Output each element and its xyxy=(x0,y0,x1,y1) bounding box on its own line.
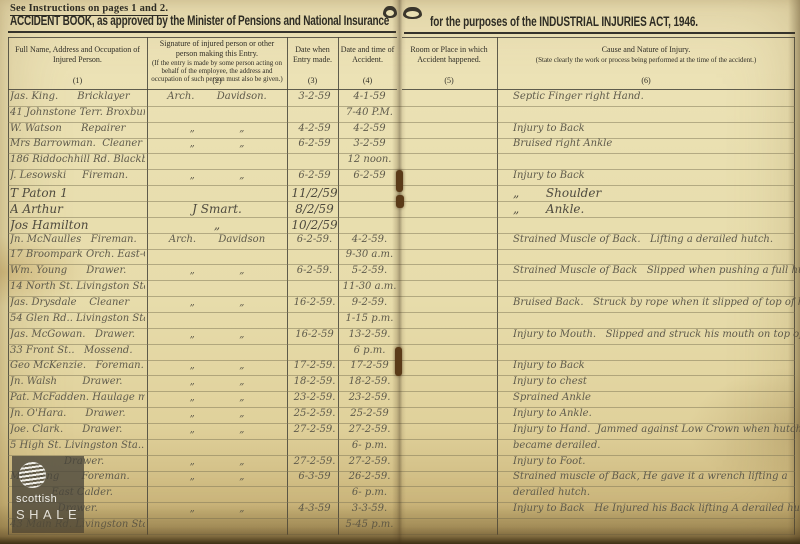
cell-sig: J Smart. xyxy=(147,202,287,216)
cell-date_accident: 25-2-59 xyxy=(340,408,399,422)
cell-sig xyxy=(147,313,287,327)
cell-date_accident: 6-2-59 xyxy=(340,170,399,184)
cell-place xyxy=(399,154,499,168)
cell-date_accident: 26-2-59. xyxy=(340,471,399,485)
cell-place xyxy=(399,91,499,105)
cell-cause: Strained Muscle of Back. Lifting a derai… xyxy=(505,234,800,248)
cell-cause: Injury to Back xyxy=(505,360,800,374)
cell-date_accident: 4-1-59 xyxy=(340,91,399,105)
cell-place xyxy=(399,424,499,438)
cell-date_entry xyxy=(289,281,340,295)
cell-cause xyxy=(505,249,800,263)
watermark-line2: SHALE xyxy=(16,507,81,522)
cell-cause xyxy=(505,519,800,533)
cell-sig: „ „ xyxy=(147,503,287,517)
cell-name: J. Lesowski Fireman. xyxy=(10,170,145,184)
cell-sig: „ „ xyxy=(147,471,287,485)
cell-date_entry: 17-2-59. xyxy=(289,360,340,374)
cell-date_entry xyxy=(289,249,340,263)
stitch-hole-upper xyxy=(396,170,403,192)
cell-name: T Paton 1 xyxy=(10,186,145,200)
cell-place xyxy=(399,440,499,454)
cell-date_entry: 18-2-59. xyxy=(289,376,340,390)
cell-date_entry: 27-2-59. xyxy=(289,456,340,470)
cell-place xyxy=(399,186,499,200)
cell-place xyxy=(399,202,499,216)
cell-date_entry: 6-2-59. xyxy=(289,265,340,279)
cell-date_accident xyxy=(340,218,399,232)
cell-date_entry: 4-3-59 xyxy=(289,503,340,517)
cell-place xyxy=(399,329,499,343)
cell-sig: „ „ xyxy=(147,392,287,406)
cell-name: Jos Hamilton xyxy=(10,218,145,232)
cell-sig: „ „ xyxy=(147,408,287,422)
cell-date_accident: 13-2-59. xyxy=(340,329,399,343)
cell-date_accident: 9-2-59. xyxy=(340,297,399,311)
cell-place xyxy=(399,218,499,232)
cell-sig: „ „ xyxy=(147,170,287,184)
scottish-shale-watermark: scottish SHALE xyxy=(12,456,84,533)
cell-sig: „ xyxy=(147,218,287,232)
cell-cause xyxy=(505,345,800,359)
cell-sig xyxy=(147,440,287,454)
cell-date_entry: 6-2-59 xyxy=(289,170,340,184)
binding-mark-top-right xyxy=(403,7,422,19)
cell-date_entry: 6-2-59 xyxy=(289,138,340,152)
cell-date_entry: 25-2-59. xyxy=(289,408,340,422)
cell-date_entry: 3-2-59 xyxy=(289,91,340,105)
cell-name: 54 Glen Rd.. Livingston Sta.. xyxy=(10,313,145,327)
cell-place xyxy=(399,170,499,184)
cell-place xyxy=(399,123,499,137)
cell-place xyxy=(399,471,499,485)
cell-date_accident: 6- p.m. xyxy=(340,440,399,454)
cell-place xyxy=(399,456,499,470)
cell-date_entry: 16-2-59 xyxy=(289,329,340,343)
cell-date_accident: 23-2-59. xyxy=(340,392,399,406)
cell-date_entry: 8/2/59 xyxy=(289,202,340,216)
cell-name: A Arthur xyxy=(10,202,145,216)
cell-date_accident: 27-2-59. xyxy=(340,424,399,438)
cell-sig: „ „ xyxy=(147,456,287,470)
cell-date_entry: 10/2/59 xyxy=(289,218,340,232)
cell-name: Mrs Barrowman. Cleaner xyxy=(10,138,145,152)
stitch-hole-lower xyxy=(395,347,402,376)
cell-date_entry: 11/2/59 xyxy=(289,186,340,200)
cell-cause: Injury to chest xyxy=(505,376,800,390)
cell-date_entry: 27-2-59. xyxy=(289,424,340,438)
cell-place xyxy=(399,487,499,501)
stitch-hole-mid xyxy=(396,195,404,208)
cell-place xyxy=(399,138,499,152)
cell-date_accident: 27-2-59. xyxy=(340,456,399,470)
cell-sig: „ „ xyxy=(147,376,287,390)
cell-cause: Injury to Hand. Jammed against Low Crown… xyxy=(505,424,800,438)
cell-place xyxy=(399,249,499,263)
cell-place xyxy=(399,297,499,311)
cell-sig xyxy=(147,186,287,200)
cell-date_accident: 9-30 a.m. xyxy=(340,249,399,263)
cell-date_entry: 6-3-59 xyxy=(289,471,340,485)
cell-place xyxy=(399,376,499,390)
cell-date_entry xyxy=(289,313,340,327)
cell-sig xyxy=(147,154,287,168)
cell-date_accident: 17-2-59 xyxy=(340,360,399,374)
cell-sig xyxy=(147,281,287,295)
cell-date_accident: 18-2-59. xyxy=(340,376,399,390)
cell-date_accident: 3-3-59. xyxy=(340,503,399,517)
cell-place xyxy=(399,519,499,533)
cell-cause: Injury to Ankle. xyxy=(505,408,800,422)
cell-name: Jn. Walsh Drawer. xyxy=(10,376,145,390)
cell-cause: Bruised Back. Struck by rope when it sli… xyxy=(505,297,800,311)
cell-date_entry xyxy=(289,107,340,121)
cell-date_accident: 12 noon. xyxy=(340,154,399,168)
cell-cause: Strained muscle of Back, He gave it a wr… xyxy=(505,471,800,485)
cell-place xyxy=(399,503,499,517)
cell-name: 5 High St. Livingston Sta.. xyxy=(10,440,145,454)
cell-date_entry xyxy=(289,154,340,168)
cell-date_accident: 5-45 p.m. xyxy=(340,519,399,533)
cell-cause xyxy=(505,107,800,121)
cell-date_accident xyxy=(340,202,399,216)
cell-date_accident xyxy=(340,186,399,200)
cell-name: Geo McKenzie. Foreman. xyxy=(10,360,145,374)
cell-cause: Injury to Back xyxy=(505,123,800,137)
cell-date_accident: 3-2-59 xyxy=(340,138,399,152)
cell-place xyxy=(399,107,499,121)
cell-place xyxy=(399,345,499,359)
cell-sig: „ „ xyxy=(147,297,287,311)
watermark-line1: scottish xyxy=(16,493,57,505)
cell-place xyxy=(399,234,499,248)
cell-cause: Septic Finger right Hand. xyxy=(505,91,800,105)
cell-name: W. Watson Repairer xyxy=(10,123,145,137)
cell-name: 17 Broompark Orch. East-Calder. xyxy=(10,249,145,263)
cell-sig: „ „ xyxy=(147,360,287,374)
cell-sig: Arch. Davidson. xyxy=(147,91,287,105)
cell-cause: became derailed. xyxy=(505,440,800,454)
cell-sig: Arch. Davidson xyxy=(147,234,287,248)
cell-date_entry: 4-2-59 xyxy=(289,123,340,137)
cell-name: Jn. O'Hara. Drawer. xyxy=(10,408,145,422)
cell-date_accident: 11-30 a.m. xyxy=(340,281,399,295)
cell-cause: Injury to Back He Injured his Back lifti… xyxy=(505,503,800,517)
cell-name: 14 North St. Livingston Sta. xyxy=(10,281,145,295)
cell-cause xyxy=(505,281,800,295)
cell-date_accident: 5-2-59. xyxy=(340,265,399,279)
cell-cause: „ Ankle. xyxy=(505,202,800,216)
cell-name: Pat. McFadden. Haulage man. xyxy=(10,392,145,406)
cell-name: Jas. King. Bricklayer xyxy=(10,91,145,105)
cell-date_entry: 6-2-59. xyxy=(289,234,340,248)
page-fold-crease xyxy=(392,0,406,544)
cell-date_entry: 23-2-59. xyxy=(289,392,340,406)
cell-sig xyxy=(147,107,287,121)
cell-cause: derailed hutch. xyxy=(505,487,800,501)
cell-date_accident: 6- p.m. xyxy=(340,487,399,501)
cell-cause: Injury to Mouth. Slipped and struck his … xyxy=(505,329,800,343)
cell-date_accident: 6 p.m. xyxy=(340,345,399,359)
cell-cause xyxy=(505,154,800,168)
cell-date_entry xyxy=(289,487,340,501)
cell-cause xyxy=(505,218,800,232)
cell-sig: „ „ xyxy=(147,138,287,152)
cell-cause: „ Shoulder xyxy=(505,186,800,200)
cell-cause: Sprained Ankle xyxy=(505,392,800,406)
cell-sig: „ „ xyxy=(147,329,287,343)
cell-place xyxy=(399,313,499,327)
cell-cause: Injury to Back xyxy=(505,170,800,184)
cell-place xyxy=(399,265,499,279)
cell-place xyxy=(399,392,499,406)
cell-sig xyxy=(147,487,287,501)
cell-sig: „ „ xyxy=(147,123,287,137)
cell-sig: „ „ xyxy=(147,265,287,279)
globe-icon xyxy=(19,462,46,488)
cell-name: Jas. McGowan. Drawer. xyxy=(10,329,145,343)
cell-date_accident: 7-40 P.M. xyxy=(340,107,399,121)
cell-cause xyxy=(505,313,800,327)
cell-sig xyxy=(147,345,287,359)
cell-name: Jn. McNaulles Fireman. xyxy=(10,234,145,248)
cell-name: 33 Front St.. Mossend. xyxy=(10,345,145,359)
cell-cause: Bruised right Ankle xyxy=(505,138,800,152)
cell-place xyxy=(399,408,499,422)
cell-place xyxy=(399,360,499,374)
cell-date_entry xyxy=(289,345,340,359)
cell-sig xyxy=(147,249,287,263)
cell-name: Wm. Young Drawer. xyxy=(10,265,145,279)
cell-date_entry: 16-2-59. xyxy=(289,297,340,311)
cell-date_accident: 4-2-59 xyxy=(340,123,399,137)
cell-date_entry xyxy=(289,519,340,533)
accident-book-page: See Instructions on pages 1 and 2. ACCID… xyxy=(0,0,800,544)
cell-date_accident: 4-2-59. xyxy=(340,234,399,248)
cell-name: 41 Johnstone Terr. Broxburn. xyxy=(10,107,145,121)
cell-date_entry xyxy=(289,440,340,454)
cell-name: Joe. Clark. Drawer. xyxy=(10,424,145,438)
cell-date_accident: 1-15 p.m. xyxy=(340,313,399,327)
cell-cause: Strained Muscle of Back Slipped when pus… xyxy=(505,265,800,279)
cell-name: Jas. Drysdale Cleaner xyxy=(10,297,145,311)
cell-place xyxy=(399,281,499,295)
cell-cause: Injury to Foot. xyxy=(505,456,800,470)
cell-sig xyxy=(147,519,287,533)
binding-mark-top-left xyxy=(383,6,397,18)
cell-name: 186 Riddochhill Rd. Blackburn xyxy=(10,154,145,168)
cell-sig: „ „ xyxy=(147,424,287,438)
